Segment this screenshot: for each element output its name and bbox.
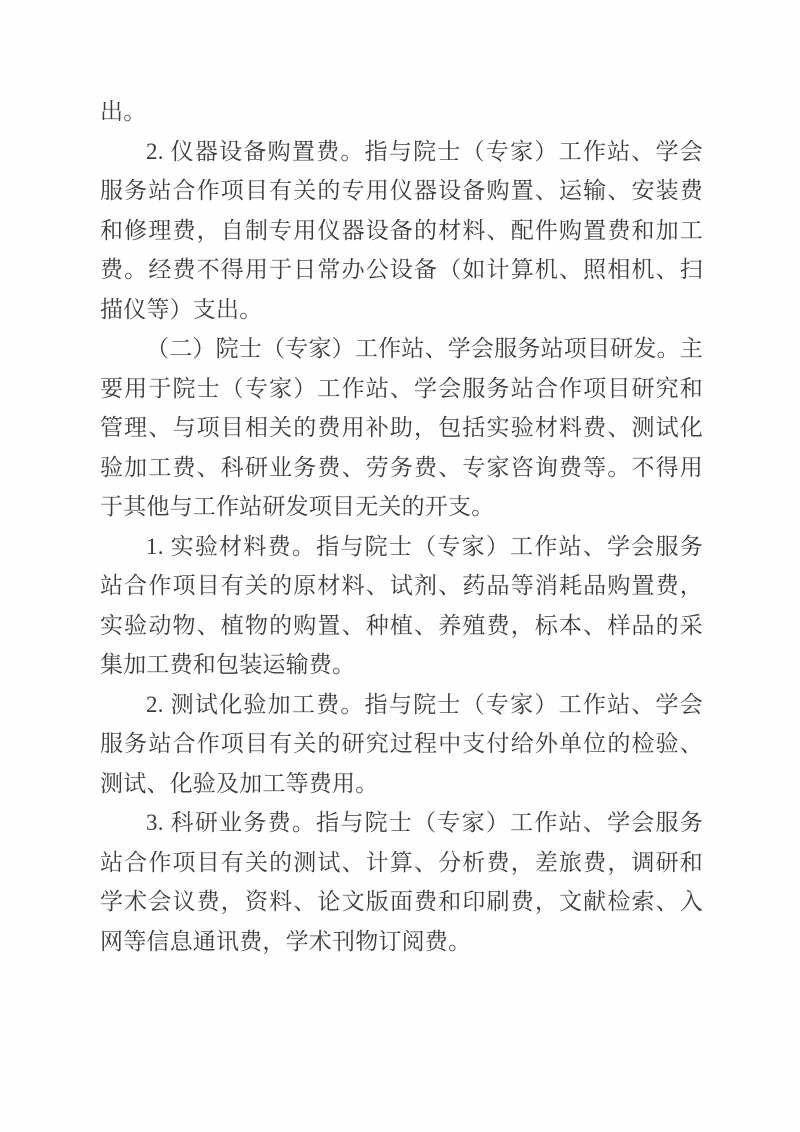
document-page: 出。 2. 仪器设备购置费。指与院士（专家）工作站、学会服务站合作项目有关的专用… <box>0 0 800 1132</box>
paragraph-3-research-business-fee: 3. 科研业务费。指与院士（专家）工作站、学会服务站合作项目有关的测试、计算、分… <box>100 803 703 961</box>
paragraph-2-test-assay-processing-fee: 2. 测试化验加工费。指与院士（专家）工作站、学会服务站合作项目有关的研究过程中… <box>100 685 703 804</box>
paragraph-continuation-tail: 出。 <box>100 92 703 132</box>
paragraph-1-experiment-material-fee: 1. 实验材料费。指与院士（专家）工作站、学会服务站合作项目有关的原材料、试剂、… <box>100 527 703 685</box>
paragraph-section-2-workstation-project-rd: （二）院士（专家）工作站、学会服务站项目研发。主要用于院士（专家）工作站、学会服… <box>100 329 703 527</box>
paragraph-2-instrument-equipment-fee: 2. 仪器设备购置费。指与院士（专家）工作站、学会服务站合作项目有关的专用仪器设… <box>100 132 703 330</box>
